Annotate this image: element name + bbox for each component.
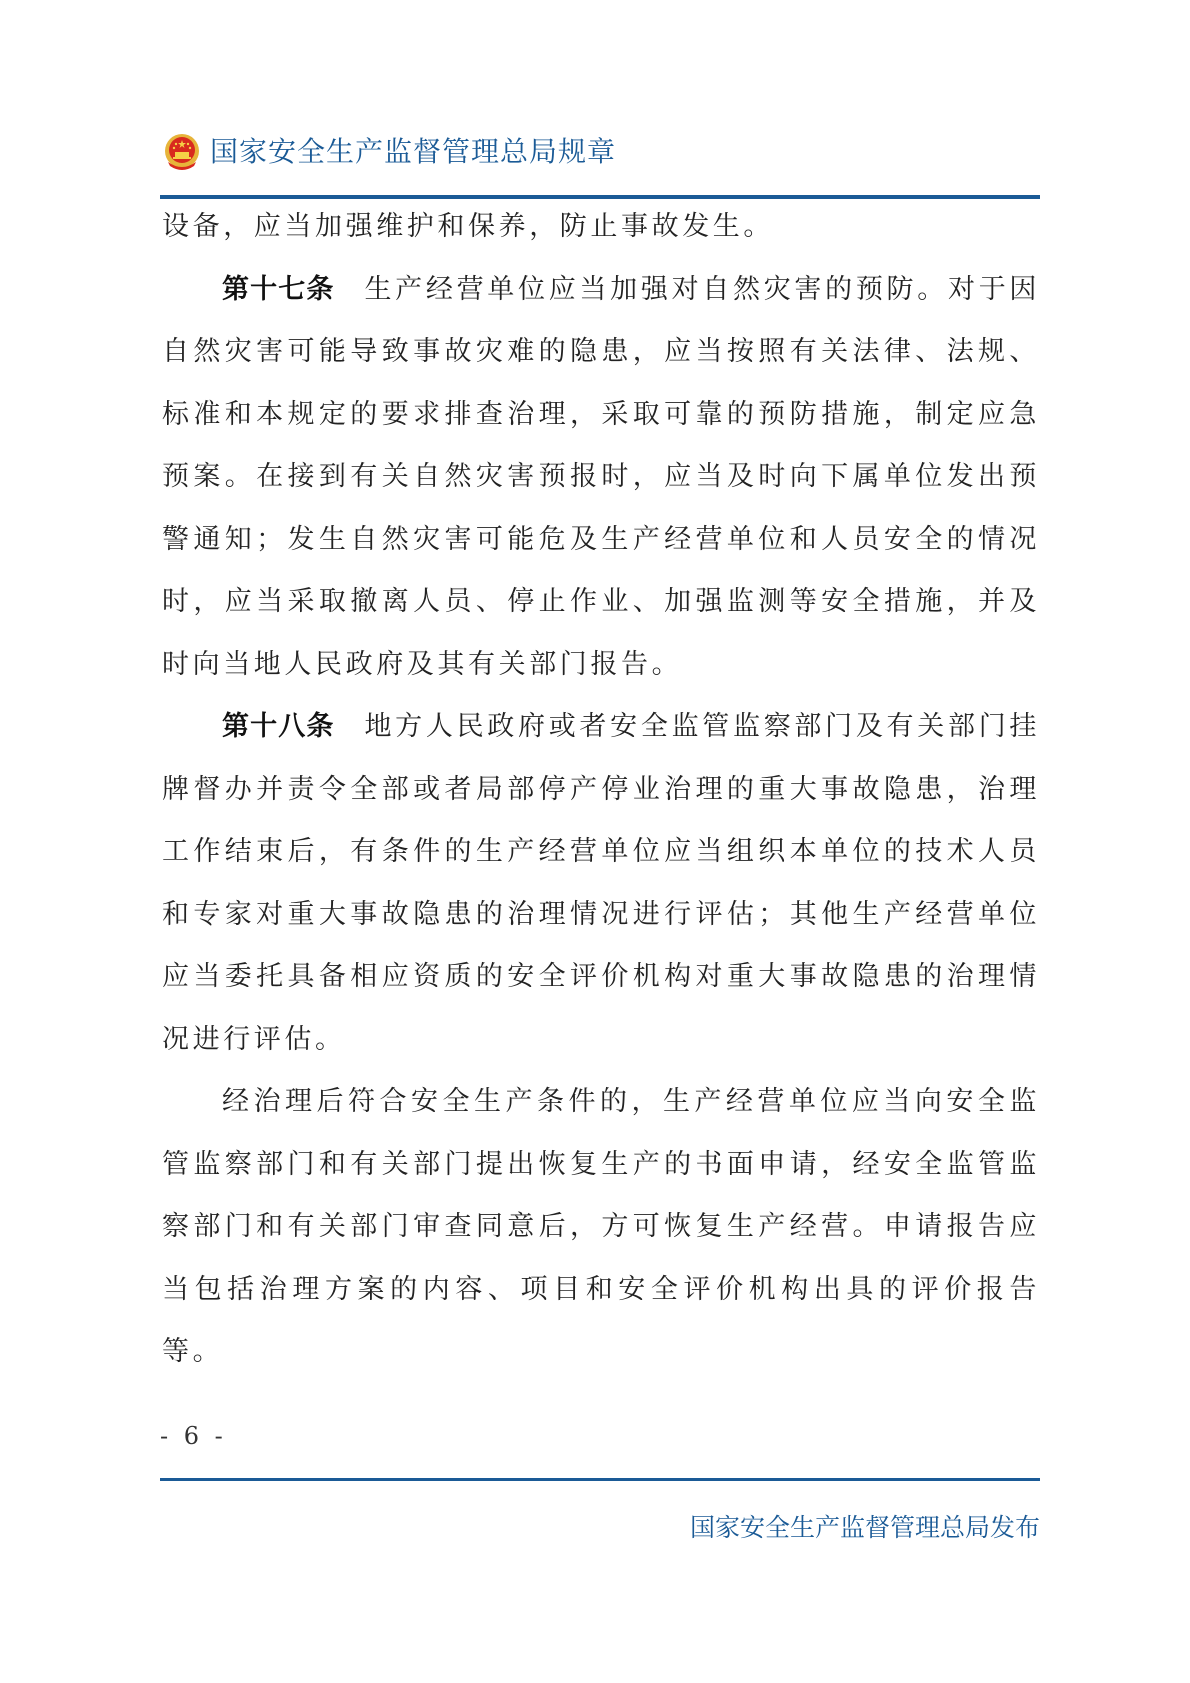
footer-divider [160, 1478, 1040, 1481]
paragraph-text: 经治理后符合安全生产条件的，生产经营单位应当向安全监管监察部门和有关部门提出恢复… [162, 1086, 1040, 1367]
article-18: 第十八条地方人民政府或者安全监管监察部门及有关部门挂牌督办并责令全部或者局部停产… [162, 696, 1040, 1071]
article-heading: 第十八条 [222, 711, 334, 742]
paragraph-continuation: 设备，应当加强维护和保养，防止事故发生。 [162, 196, 1040, 259]
page-header: 国家安全生产监督管理总局规章 [162, 128, 616, 176]
article-18-clause-2: 经治理后符合安全生产条件的，生产经营单位应当向安全监管监察部门和有关部门提出恢复… [162, 1071, 1040, 1384]
paragraph-text: 地方人民政府或者安全监管监察部门及有关部门挂牌督办并责令全部或者局部停产停业治理… [162, 711, 1040, 1055]
document-body: 设备，应当加强维护和保养，防止事故发生。 第十七条生产经营单位应当加强对自然灾害… [162, 196, 1040, 1384]
article-heading: 第十七条 [222, 274, 334, 305]
paragraph-text: 设备，应当加强维护和保养，防止事故发生。 [162, 211, 774, 242]
national-emblem-icon [162, 132, 202, 172]
document-series-title: 国家安全生产监督管理总局规章 [210, 132, 616, 172]
footer-publisher: 国家安全生产监督管理总局发布 [690, 1508, 1040, 1544]
article-17: 第十七条生产经营单位应当加强对自然灾害的预防。对于因自然灾害可能导致事故灾难的隐… [162, 259, 1040, 697]
paragraph-text: 生产经营单位应当加强对自然灾害的预防。对于因自然灾害可能导致事故灾难的隐患，应当… [162, 274, 1040, 680]
page-number: - 6 - [160, 1422, 227, 1450]
